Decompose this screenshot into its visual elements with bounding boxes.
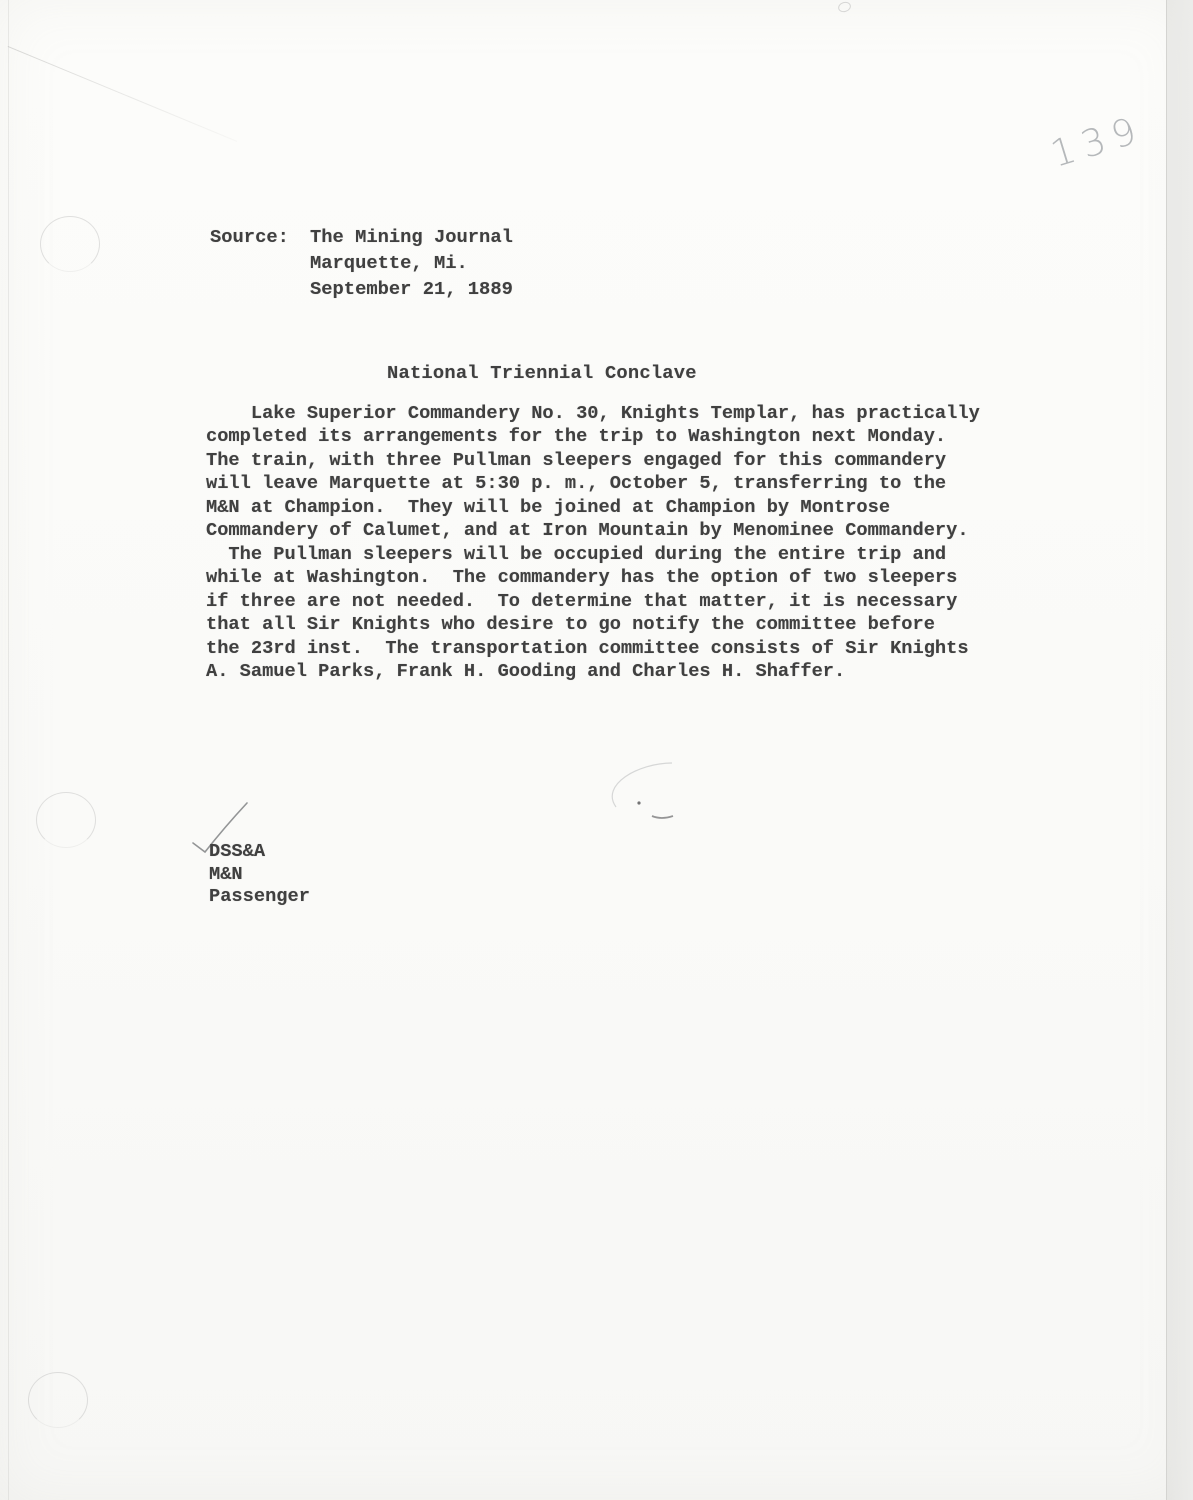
source-date: September 21, 1889	[310, 276, 513, 302]
article-line: if three are not needed. To determine th…	[206, 590, 980, 613]
article-line: Commandery of Calumet, and at Iron Mount…	[206, 519, 980, 542]
punch-hole	[40, 216, 100, 272]
scanned-page: 139 Source: The Mining Journal Marquette…	[0, 0, 1193, 1500]
source-block: Source: The Mining Journal Marquette, Mi…	[210, 224, 513, 302]
source-label: Source:	[210, 224, 310, 302]
pencil-smudge-arc	[560, 755, 720, 835]
source-publication: The Mining Journal	[310, 224, 513, 250]
article-line: Lake Superior Commandery No. 30, Knights…	[206, 402, 980, 425]
article-line: The Pullman sleepers will be occupied du…	[206, 543, 980, 566]
punch-hole	[28, 1372, 88, 1428]
routing-label-dssa: DSS&A	[209, 840, 310, 863]
routing-label-mn: M&N	[209, 863, 310, 886]
article-line: the 23rd inst. The transportation commit…	[206, 637, 980, 660]
article-line: that all Sir Knights who desire to go no…	[206, 613, 980, 636]
smudge-mark	[837, 0, 852, 14]
routing-label-passenger: Passenger	[209, 885, 310, 908]
article-line: while at Washington. The commandery has …	[206, 566, 980, 589]
article-title: National Triennial Conclave	[387, 362, 697, 384]
punch-hole	[36, 792, 96, 848]
article-line: The train, with three Pullman sleepers e…	[206, 449, 980, 472]
source-lines: The Mining Journal Marquette, Mi. Septem…	[310, 224, 513, 302]
page-left-edge	[8, 0, 9, 1500]
article-line: M&N at Champion. They will be joined at …	[206, 496, 980, 519]
article-line: completed its arrangements for the trip …	[206, 425, 980, 448]
article-line: A. Samuel Parks, Frank H. Gooding and Ch…	[206, 660, 980, 683]
handwritten-page-number: 139	[1046, 107, 1149, 176]
page-corner-crease	[8, 46, 238, 142]
page-right-edge	[1166, 0, 1193, 1500]
article-line: will leave Marquette at 5:30 p. m., Octo…	[206, 472, 980, 495]
article-body: Lake Superior Commandery No. 30, Knights…	[206, 402, 980, 683]
source-location: Marquette, Mi.	[310, 250, 513, 276]
routing-labels: DSS&A M&N Passenger	[209, 840, 310, 908]
